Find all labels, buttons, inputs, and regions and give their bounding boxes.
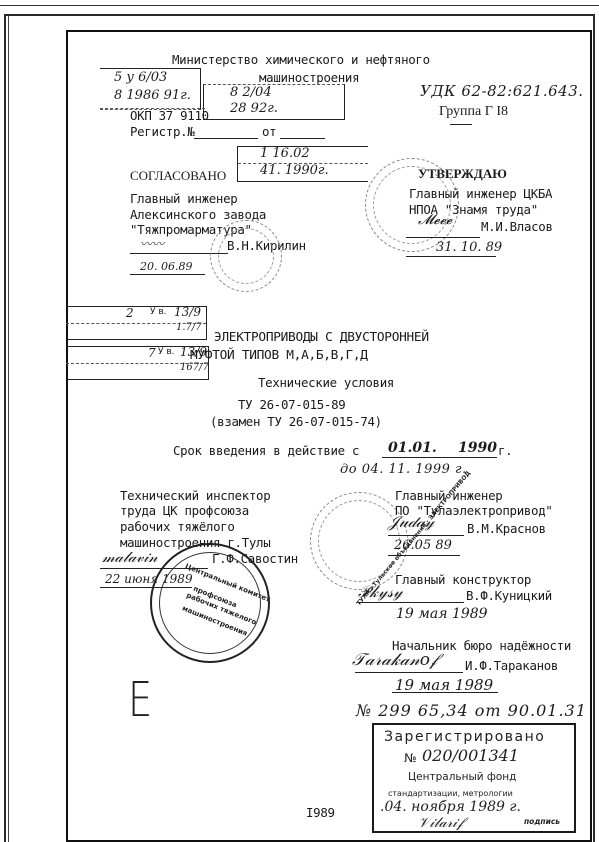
effective-label: Срок введения в действие с: [173, 443, 359, 458]
registr-number-line: [194, 138, 258, 139]
agreed-heading: СОГЛАСОВАНО: [130, 168, 226, 184]
registration-stamp-signature: 𝒱𝒾𝓁𝒶𝓇𝒾𝒻: [418, 815, 463, 831]
chief-designer-signature: 𝒫𝓀𝓎𝓈𝓎: [358, 582, 403, 602]
reliability-signature: 𝒯𝒶𝓇𝒶𝓀𝒶𝓃𝑜𝒻: [352, 650, 438, 670]
corner-stamp-b-line2: 28 92г.: [230, 101, 278, 116]
valid-until-handwritten: до 04. 11. 1999 г.: [340, 462, 467, 477]
agreed-faint-seal-ring: [218, 228, 274, 284]
agreed-faint-seal: [210, 220, 282, 292]
corner-stamp-a-line2: 8 1986 91г.: [114, 88, 191, 103]
top-rule: [0, 5, 599, 6]
registration-stamp-number: 020/001341: [422, 746, 519, 765]
revision-1-right: 13/9: [174, 305, 201, 319]
approved-heading: УТВЕРЖДАЮ: [418, 166, 507, 182]
chief-designer-date: 19 мая 1989: [396, 606, 488, 622]
agreed-title-line1: Главный инженер: [130, 191, 237, 206]
effective-year: 1990: [458, 440, 497, 456]
approved-date: 31. 10. 89: [436, 240, 502, 255]
agreed-registration-stamp: 1 16.02 41. 1990г.: [237, 146, 368, 182]
registration-stamp: Зарегистрировано № 020/001341 Центральны…: [372, 723, 576, 833]
registration-stamp-date: .04. ноября 1989 г.: [380, 799, 521, 815]
effective-year-suffix: г.: [498, 443, 512, 458]
chief-designer-title: Главный конструктор: [395, 572, 531, 587]
registr-label: Регистр.№: [130, 124, 194, 139]
chief-engineer-date: 26.05 89: [394, 538, 452, 553]
letter-e: Е: [128, 672, 152, 728]
chief-designer-name: В.Ф.Куницкий: [466, 588, 552, 603]
agreed-date: 20. 06.89: [140, 260, 192, 273]
okp-code: ОКП 37 9110: [130, 108, 209, 123]
corner-stamp-a: 5 у 6/03 8 1986 91г.: [100, 68, 201, 110]
registration-stamp-title: Зарегистрировано: [384, 729, 545, 745]
corner-stamp-b: 8 2/04 28 92г.: [203, 84, 345, 120]
revision-2-left: 7: [148, 346, 156, 360]
title-line1: ЭЛЕКТРОПРИВОДЫ С ДВУСТОРОННЕЙ: [214, 330, 429, 345]
chief-engineer-signature: 𝒥𝓊𝒹𝒶𝓎: [388, 512, 434, 532]
registration-stamp-signature-label: подпись: [524, 817, 560, 826]
approved-title-line1: Главный инженер ЦКБА: [409, 186, 552, 201]
registr-from-label: от: [262, 124, 276, 139]
ministry-line1: Министерство химического и нефтяного: [172, 52, 430, 67]
trade-union-seal: Центральный комитет профсоюза рабочих тя…: [150, 543, 270, 663]
chief-designer-signature-line: [358, 602, 464, 603]
inspector-line3: рабочих тяжёлого: [120, 519, 235, 534]
replaces-spec: (взамен ТУ 26-07-015-74): [210, 414, 382, 429]
revision-1-mid: У в.: [150, 307, 167, 317]
revision-1-left: 2: [126, 306, 134, 320]
approved-signatory: М.И.Власов: [481, 219, 553, 234]
effective-date: 01.01.: [388, 440, 437, 456]
chief-engineer-signature-line: [388, 535, 464, 536]
registration-handwritten-number: № 299 65,34 от 90.01.31: [356, 701, 587, 720]
outer-frame-double-line: [8, 16, 10, 842]
agreed-stamp-line1: 1 16.02: [260, 146, 310, 161]
reliability-signature-line: [355, 672, 463, 673]
spec-number: ТУ 26-07-015-89: [238, 397, 345, 412]
inspector-line1: Технический инспектор: [120, 488, 270, 503]
approved-signature-line: [406, 237, 480, 238]
footer-year: I989: [306, 805, 335, 820]
revision-stamp-2: 7 У в. 13/9 167/7: [66, 346, 209, 380]
registr-date-line: [280, 138, 325, 139]
udk-handwritten: УДК 62-82:621.643.: [420, 82, 584, 100]
revision-1-divider: [66, 323, 206, 324]
revision-2-divider: [66, 363, 208, 364]
approved-signature: 𝓜𝓮𝓮𝓮: [418, 212, 452, 228]
ministry-line2: машиностроения: [259, 70, 359, 85]
inspector-line2: труда ЦК профсоюза: [120, 503, 249, 518]
title-line2: МУФТОЙ ТИПОВ М,А,Б,В,Г,Д: [190, 348, 368, 363]
corner-stamp-b-line1: 8 2/04: [230, 85, 272, 100]
revision-stamp-1: 2 У в. 13/9 1.7/7: [66, 306, 207, 340]
inspector-signature: 𝓂𝒶𝓁𝒶𝓋𝒾𝓃: [102, 548, 158, 566]
registration-stamp-line3: стандартизации, метрологии: [388, 789, 513, 798]
group-code: Группа Г I8: [439, 104, 508, 120]
reliability-name: И.Ф.Тараканов: [465, 658, 558, 673]
group-underline: [450, 124, 472, 125]
agreed-date-line: [130, 274, 205, 275]
chief-engineer-date-line: [388, 555, 460, 556]
effective-date-line: [382, 457, 497, 458]
chief-engineer-title: Главный инженер: [395, 488, 502, 503]
corner-stamp-a-line1: 5 у 6/03: [114, 70, 167, 85]
doc-type: Технические условия: [258, 375, 394, 390]
reliability-date-line: [392, 692, 498, 693]
chief-engineer-name: В.М.Краснов: [467, 521, 546, 536]
agreed-stamp-line2: 41. 1990г.: [260, 163, 329, 178]
agreed-signature: 〰〰: [140, 235, 164, 252]
registration-stamp-line2: Центральный фонд: [408, 771, 516, 783]
registration-stamp-number-prefix: №: [404, 751, 416, 765]
revision-2-mid: У в.: [158, 347, 175, 357]
approved-date-line: [406, 256, 496, 257]
